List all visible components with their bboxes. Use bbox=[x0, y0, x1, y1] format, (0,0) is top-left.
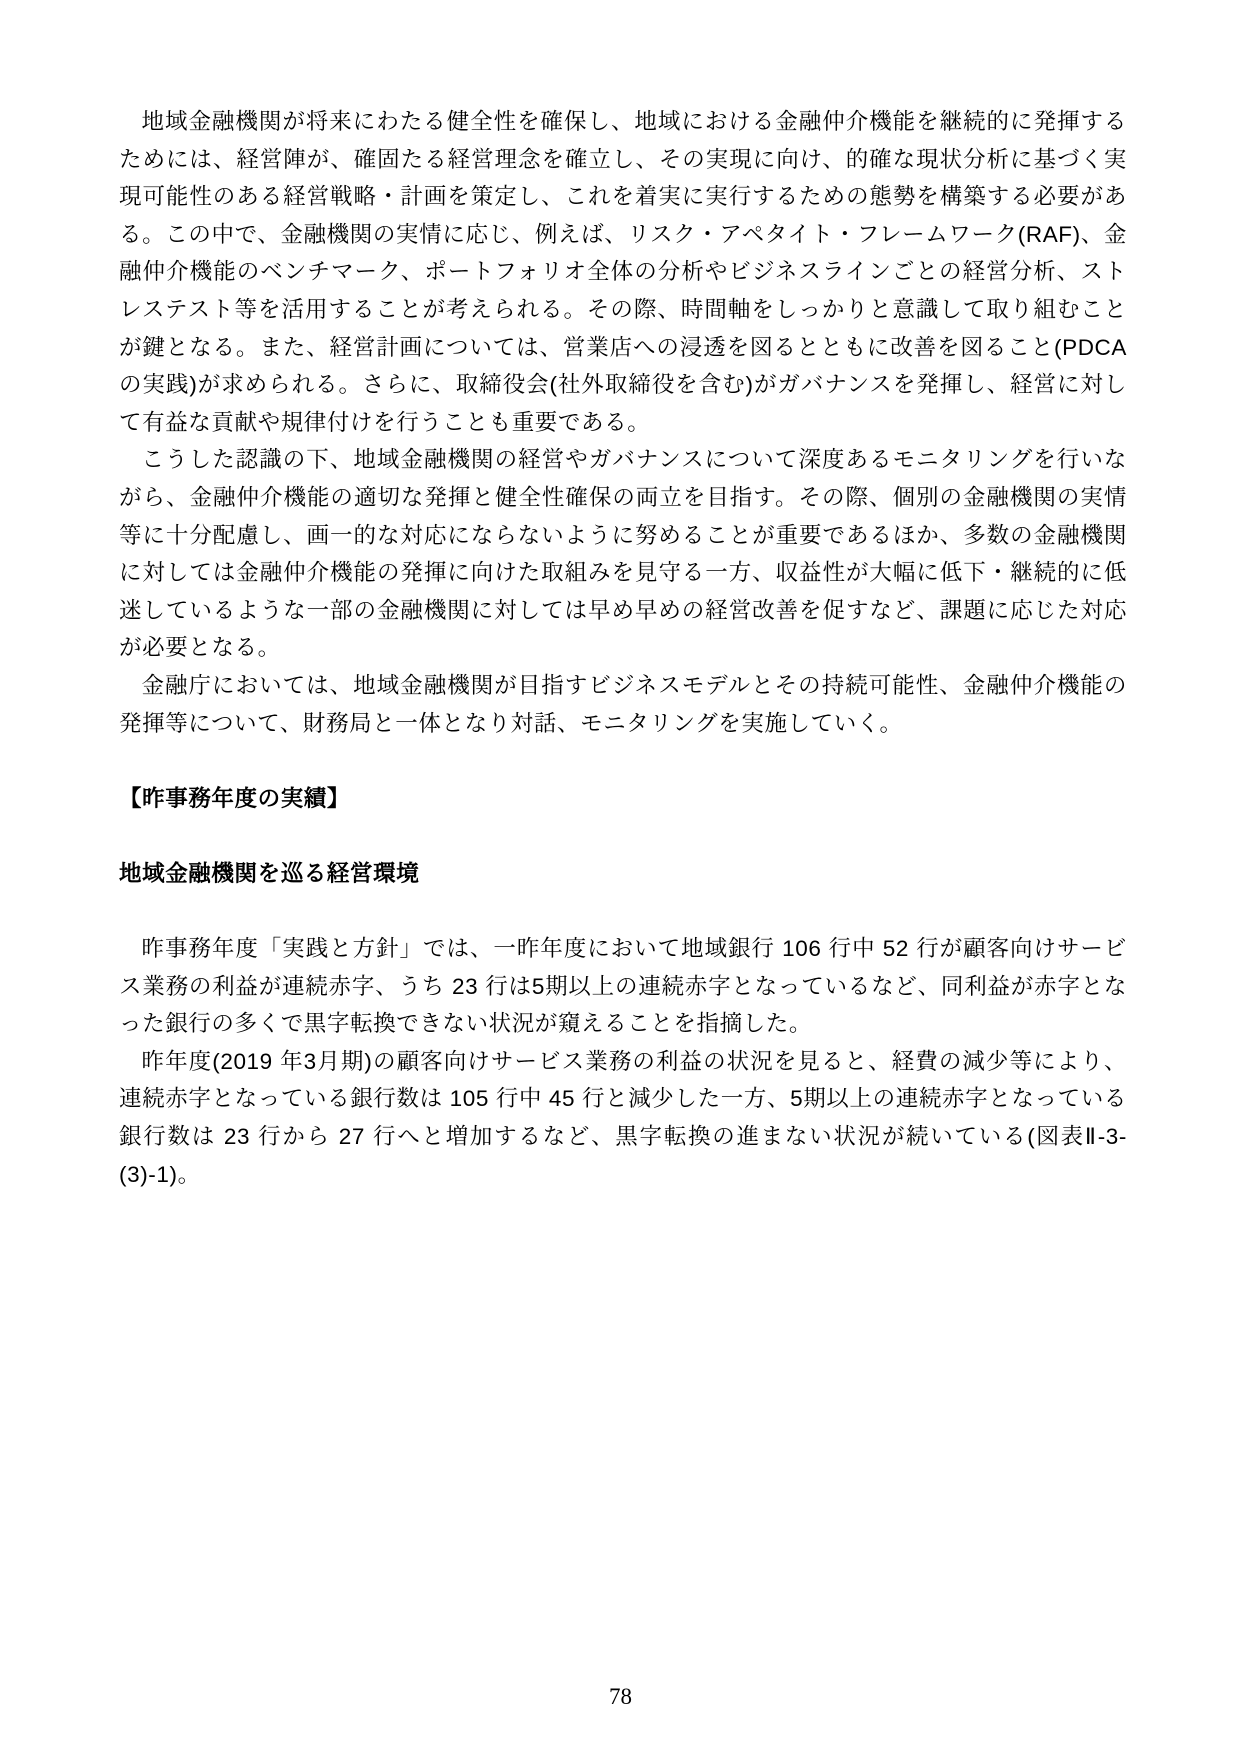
paragraph-fy2019-results: 昨年度(2019 年3月期)の顧客向けサービス業務の利益の状況を見ると、経費の減… bbox=[119, 1043, 1127, 1193]
section-heading-last-year-results: 【昨事務年度の実績】 bbox=[119, 780, 1127, 818]
paragraph-previous-report-findings: 昨事務年度「実践と方針」では、一昨年度において地域銀行 106 行中 52 行が… bbox=[119, 930, 1127, 1043]
subsection-heading-regional-environment: 地域金融機関を巡る経営環境 bbox=[119, 855, 1127, 893]
paragraph-fsa-dialogue: 金融庁においては、地域金融機関が目指すビジネスモデルとその持続可能性、金融仲介機… bbox=[119, 667, 1127, 742]
page-number: 78 bbox=[0, 1682, 1241, 1712]
paragraph-governance-soundness: 地域金融機関が将来にわたる健全性を確保し、地域における金融仲介機能を継続的に発揮… bbox=[119, 103, 1127, 441]
document-page: 地域金融機関が将来にわたる健全性を確保し、地域における金融仲介機能を継続的に発揮… bbox=[0, 0, 1241, 1754]
page-content: 地域金融機関が将来にわたる健全性を確保し、地域における金融仲介機能を継続的に発揮… bbox=[119, 103, 1127, 1193]
paragraph-monitoring-policy: こうした認識の下、地域金融機関の経営やガバナンスについて深度あるモニタリングを行… bbox=[119, 441, 1127, 667]
